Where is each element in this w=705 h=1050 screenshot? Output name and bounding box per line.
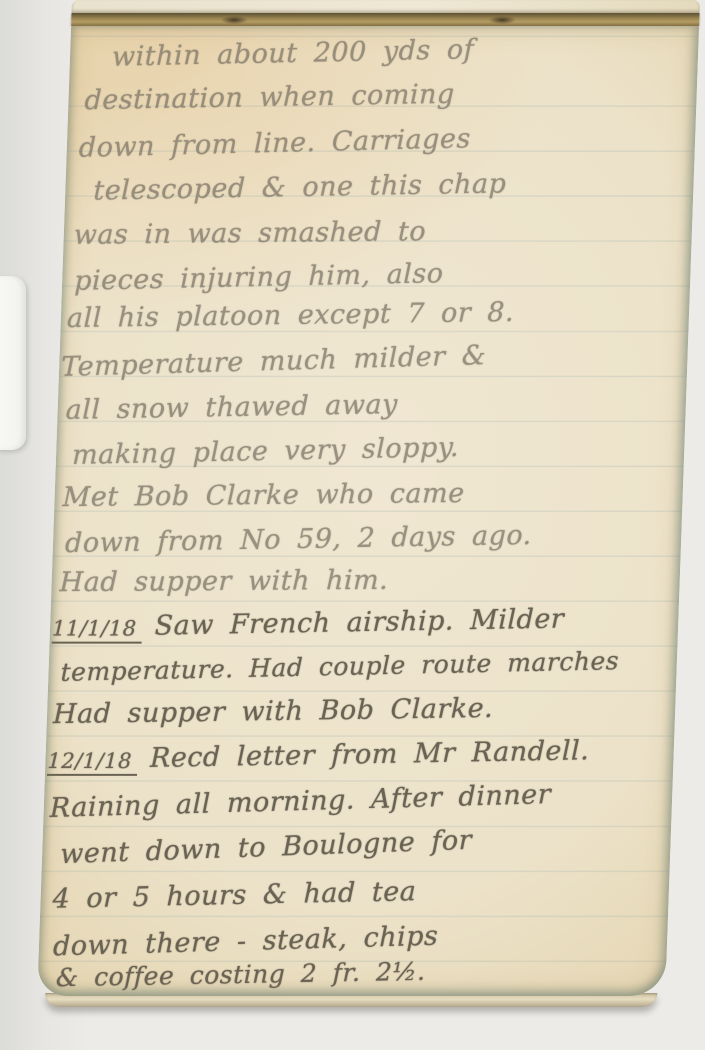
diary-line: Raining all morning. After dinner [50,779,551,824]
binding-crease [71,13,699,26]
handwriting-text: was in was smashed to [73,216,426,251]
notebook: within about 200 yds of destination when… [37,0,700,1007]
handwriting-text: telescoped & one this chap [93,168,507,206]
entry-date: 12/1/18 [47,749,138,776]
handwriting-text: Raining all morning. After dinner [50,779,551,824]
diary-line: destination when coming [84,79,455,116]
diary-line: was in was smashed to [73,216,426,251]
diary-line: went down to Boulogne for [60,825,472,870]
crease-wear-mark [221,16,247,24]
loose-page-edge [0,276,26,450]
handwriting-block: within about 200 yds of destination when… [37,26,699,996]
scanned-photo-background: within about 200 yds of destination when… [0,0,705,1050]
handwriting-text: Saw French airship. Milder [154,604,564,642]
handwriting-text: down from line. Carriages [79,123,471,164]
handwriting-text: within about 200 yds of [112,34,475,73]
handwriting-text: pieces injuring him, also [74,258,444,297]
handwriting-text: destination when coming [84,79,455,116]
handwriting-text: & coffee costing 2 fr. 2½. [56,957,426,992]
diary-line: down there - steak, chips [53,921,439,963]
previous-page-edge [72,0,700,13]
handwriting-text: Had supper with him. [59,565,389,598]
diary-line: 4 or 5 hours & had tea [52,876,416,915]
diary-line: & coffee costing 2 fr. 2½. [56,957,426,992]
diary-page: within about 200 yds of destination when… [37,26,699,996]
handwriting-text: down from No 59, 2 days ago. [65,520,532,559]
handwriting-text: temperature. Had couple route marches [60,646,619,687]
diary-line: Had supper with him. [59,565,389,598]
diary-line: telescoped & one this chap [93,168,507,206]
handwriting-text: all his platoon except 7 or 8. [67,297,515,334]
diary-line: temperature. Had couple route marches [60,646,619,687]
handwriting-text: 4 or 5 hours & had tea [52,876,416,915]
diary-line: down from line. Carriages [79,123,471,164]
entry-date: 11/1/18 [52,617,143,644]
handwriting-text: down there - steak, chips [53,921,439,963]
diary-line: 12/1/18Recd letter from Mr Randell. [47,735,589,776]
handwriting-text: Recd letter from Mr Randell. [150,735,590,774]
diary-line: down from No 59, 2 days ago. [65,520,532,559]
diary-line: all his platoon except 7 or 8. [67,297,515,334]
handwriting-text: making place very sloppy. [72,432,459,471]
diary-line: Temperature much milder & [61,340,486,383]
diary-line: within about 200 yds of [112,34,475,73]
diary-line: all snow thawed away [65,389,398,426]
diary-line: Had supper with Bob Clarke. [53,693,494,730]
diary-line: 11/1/18Saw French airship. Milder [52,604,565,645]
handwriting-text: went down to Boulogne for [60,825,472,870]
diary-line: pieces injuring him, also [74,258,444,297]
handwriting-text: all snow thawed away [65,389,398,426]
diary-line: making place very sloppy. [72,432,459,471]
diary-line: Met Bob Clarke who came [62,478,465,513]
handwriting-text: Temperature much milder & [61,340,486,383]
handwriting-text: Met Bob Clarke who came [62,478,465,513]
handwriting-text: Had supper with Bob Clarke. [53,693,494,730]
crease-wear-mark [489,16,515,24]
